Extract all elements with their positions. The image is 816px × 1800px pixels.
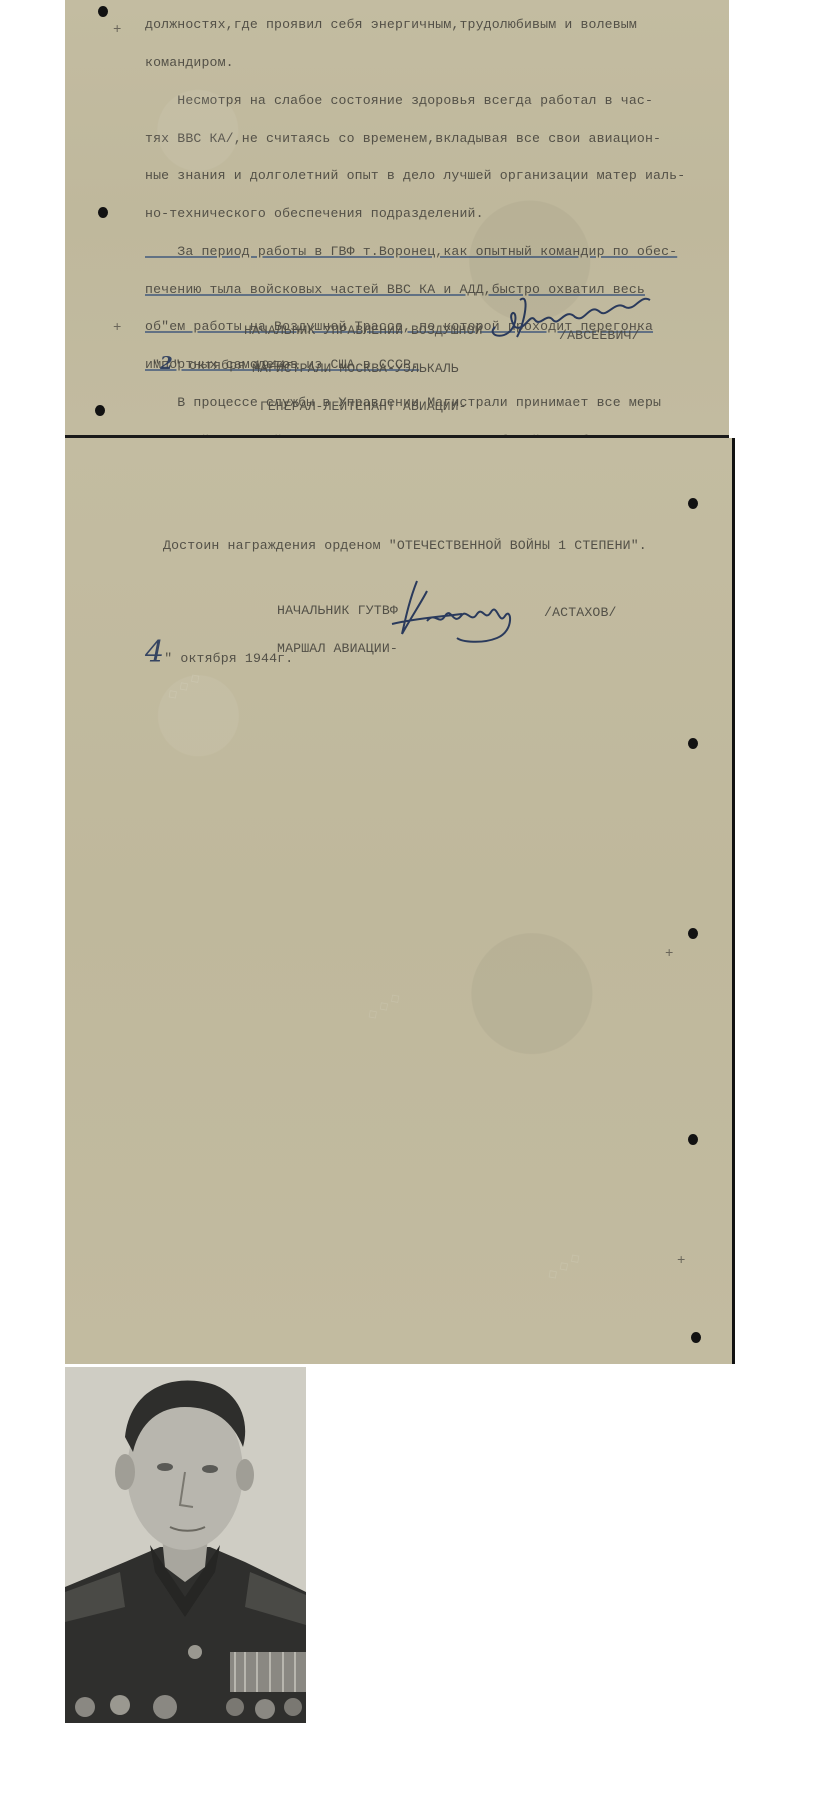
punch-hole bbox=[688, 928, 698, 939]
punch-hole bbox=[95, 405, 105, 416]
date-rest: " октября 1944г. bbox=[164, 651, 293, 666]
date-day-handwritten: 2 bbox=[160, 353, 173, 374]
portrait-photo bbox=[65, 1367, 306, 1723]
margin-mark: + bbox=[113, 22, 121, 38]
signer-name: /АВСЕЕВИЧ/ bbox=[559, 330, 640, 343]
punch-hole bbox=[688, 738, 698, 749]
margin-mark: + bbox=[113, 320, 121, 336]
signer-title-line: ГЕНЕРАЛ-ЛЕЙТЕНАНТ АВИАЦИИ- bbox=[244, 401, 483, 414]
date-rest: " октября 1944г. bbox=[173, 358, 302, 373]
signer-title-line: НАЧАЛЬНИК ГУТВФ bbox=[277, 605, 398, 618]
signer-name: /АСТАХОВ/ bbox=[544, 607, 617, 620]
signer-title-line: МАРШАЛ АВИАЦИИ- bbox=[277, 643, 398, 656]
margin-mark: + bbox=[677, 1253, 685, 1269]
text-line: но-технического обеспечения подразделени… bbox=[145, 208, 685, 221]
signature-block: НАЧАЛЬНИК ГУТВФ МАРШАЛ АВИАЦИИ- bbox=[277, 580, 398, 681]
officer-portrait-icon bbox=[65, 1367, 306, 1723]
watermark: ◇ ◇ ◇ bbox=[164, 669, 204, 703]
text-line: За период работы в ГВФ т.Воронец,как опы… bbox=[145, 246, 685, 259]
date-line: 4" октября 1944г. bbox=[145, 638, 293, 668]
document-page-2: + + Достоин награждения орденом "ОТЕЧЕСТ… bbox=[65, 438, 735, 1364]
date-open-quote: " bbox=[152, 358, 160, 373]
punch-hole bbox=[98, 207, 108, 218]
text-line: должностях,где проявил себя энергичным,т… bbox=[145, 19, 685, 32]
text-line: командиром. bbox=[145, 57, 685, 70]
text-line: тях ВВС КА/,не считаясь со временем,вкла… bbox=[145, 133, 685, 146]
handwritten-signature-astakhov bbox=[387, 576, 527, 646]
punch-hole bbox=[691, 1332, 701, 1343]
document-page-1: + + должностях,где проявил себя энергичн… bbox=[65, 0, 729, 440]
text-line: ные знания и долголетний опыт в дело луч… bbox=[145, 170, 685, 183]
punch-hole bbox=[98, 6, 108, 17]
recommendation-text: Достоин награждения орденом "ОТЕЧЕСТВЕНН… bbox=[163, 540, 647, 553]
punch-hole bbox=[688, 498, 698, 509]
punch-hole bbox=[688, 1134, 698, 1145]
watermark: ◇ ◇ ◇ bbox=[544, 1249, 584, 1283]
margin-mark: + bbox=[665, 946, 673, 962]
watermark: ◇ ◇ ◇ bbox=[364, 989, 404, 1023]
date-line: "2" октября 1944г. bbox=[152, 358, 302, 373]
date-day-handwritten: 4 bbox=[145, 635, 164, 670]
text-line: Несмотря на слабое состояние здоровья вс… bbox=[145, 95, 685, 108]
signer-title-line: НАЧАЛЬНИК УПРАВЛЕНИЙ ВОЗДУШНОЙ bbox=[244, 325, 483, 338]
